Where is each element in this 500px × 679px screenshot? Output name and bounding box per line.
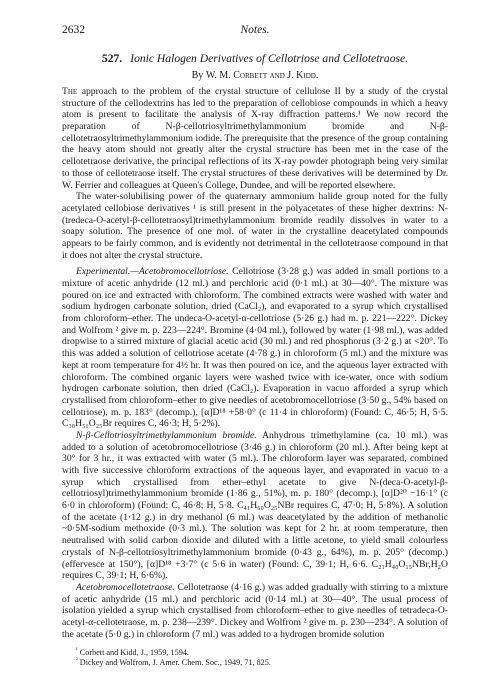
- drop-lead: The: [62, 86, 77, 97]
- paragraph-experimental: Experimental.—Acetobromocellotriose. Cel…: [62, 266, 448, 430]
- footnote-mark: ¹: [76, 648, 78, 654]
- footnote: ² Dickey and Wolfrom, J. Amer. Chem. Soc…: [76, 658, 448, 668]
- footnote: ¹ Corbett and Kidd, J., 1959, 1594.: [76, 648, 448, 658]
- paragraph-text: approach to the problem of the crystal s…: [62, 86, 448, 191]
- run-in-heading: N-β-Cellotriosyltrimethylammonium bromid…: [76, 430, 257, 441]
- section-title: Notes.: [62, 24, 448, 36]
- paragraph-text: The water-solubilising power of the quat…: [62, 191, 448, 260]
- byline: By W. M. Corbett and J. Kidd.: [62, 69, 448, 82]
- footnotes: ¹ Corbett and Kidd, J., 1959, 1594. ² Di…: [62, 648, 448, 668]
- footnote-text: Dickey and Wolfrom, J. Amer. Chem. Soc.,…: [80, 658, 271, 667]
- paragraph-text: Anhydrous trimethylamine (ca. 10 ml.) wa…: [62, 430, 448, 581]
- run-in-heading: Acetobromocellotetraose.: [76, 582, 175, 593]
- paragraph-cellotetraose: Acetobromocellotetraose. Cellotetraose (…: [62, 582, 448, 640]
- running-head: 2632 Notes.: [62, 24, 448, 40]
- paragraph-cellotriosyl: N-β-Cellotriosyltrimethylammonium bromid…: [62, 430, 448, 582]
- article-body: The approach to the problem of the cryst…: [62, 86, 448, 640]
- run-in-heading: Experimental.—Acetobromocellotriose.: [76, 266, 229, 277]
- article-number: 527.: [102, 52, 122, 65]
- byline-prefix: By: [192, 70, 204, 81]
- paragraph-text: Cellotriose (3·28 g.) was added in small…: [62, 266, 448, 429]
- article-title: 527.Ionic Halogen Derivatives of Cellotr…: [62, 52, 448, 66]
- paragraph-intro: The approach to the problem of the cryst…: [62, 86, 448, 191]
- authors: W. M. Corbett and J. Kidd.: [206, 70, 319, 81]
- article-title-text: Ionic Halogen Derivatives of Cellotriose…: [130, 52, 408, 65]
- paragraph-solubility: The water-solubilising power of the quat…: [62, 191, 448, 261]
- footnote-text: Corbett and Kidd, J., 1959, 1594.: [80, 648, 189, 657]
- journal-page: 2632 Notes. 527.Ionic Halogen Derivative…: [62, 24, 448, 668]
- footnote-mark: ²: [76, 657, 78, 663]
